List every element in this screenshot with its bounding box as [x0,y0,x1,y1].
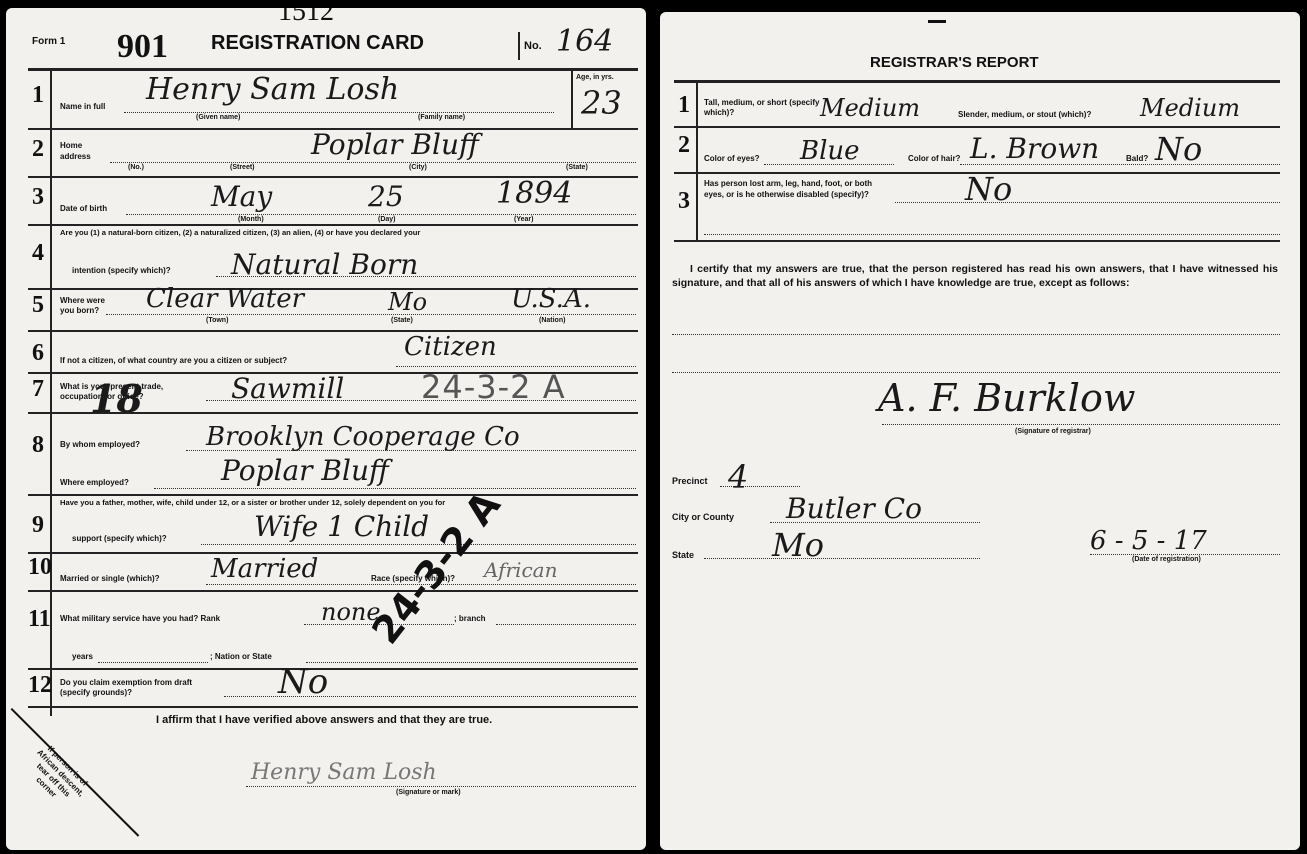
occupation-value: Sawmill [231,372,344,405]
card-title: REGISTRATION CARD [211,32,424,55]
exemption-value: No [278,662,328,702]
build-value: Medium [1140,94,1240,122]
form-label: Form 1 [32,36,65,47]
height-value: Medium [820,94,920,122]
certify-text: I certify that my answers are true, that… [672,262,1278,290]
serial-stamp: 901 [117,28,168,66]
citizen-country-value: Citizen [404,332,497,362]
citizenship-value: Natural Born [231,248,418,281]
hair-color-value: L. Brown [970,132,1099,165]
order-stamp: 1512 [278,8,334,28]
county-value: Butler Co [786,492,922,525]
classification-stamp: 24-3-2 A [421,368,566,406]
marital-status-value: Married [211,554,318,584]
registrar-mark: 18 [90,376,143,421]
bald-value: No [1155,130,1202,168]
registrar-signature: A. F. Burklow [878,376,1135,420]
eye-color-value: Blue [800,136,860,166]
affirm-text: I affirm that I have verified above answ… [156,714,492,726]
no-label: No. [524,40,542,52]
birth-nation: U.S.A. [511,284,591,314]
registrars-report-card: REGISTRAR'S REPORT 1 Tall, medium, or sh… [660,12,1300,850]
birth-state: Mo [388,288,427,316]
age-value: 23 [581,84,622,122]
registration-card: Form 1 901 1512 REGISTRATION CARD No. 16… [6,8,646,850]
report-title: REGISTRAR'S REPORT [870,54,1039,71]
tear-off-note: If person is of African descent, tear of… [18,738,96,816]
precinct-value: 4 [728,458,748,496]
birth-year: 1894 [496,176,572,211]
birth-month: May [211,180,272,213]
birth-town: Clear Water [146,284,304,314]
employer-value: Brooklyn Cooperage Co [206,422,520,452]
registration-date-value: 6 - 5 - 17 [1090,526,1207,556]
race-value: African [484,558,557,582]
employment-place-value: Poplar Bluff [221,454,389,487]
birth-day: 25 [368,180,404,213]
registrant-signature: Henry Sam Losh [251,760,437,785]
dependents-value: Wife 1 Child [254,510,429,543]
home-address-value: Poplar Bluff [311,128,479,161]
state-value: Mo [772,526,824,564]
card-number: 164 [556,24,613,59]
name-value: Henry Sam Losh [146,72,399,107]
